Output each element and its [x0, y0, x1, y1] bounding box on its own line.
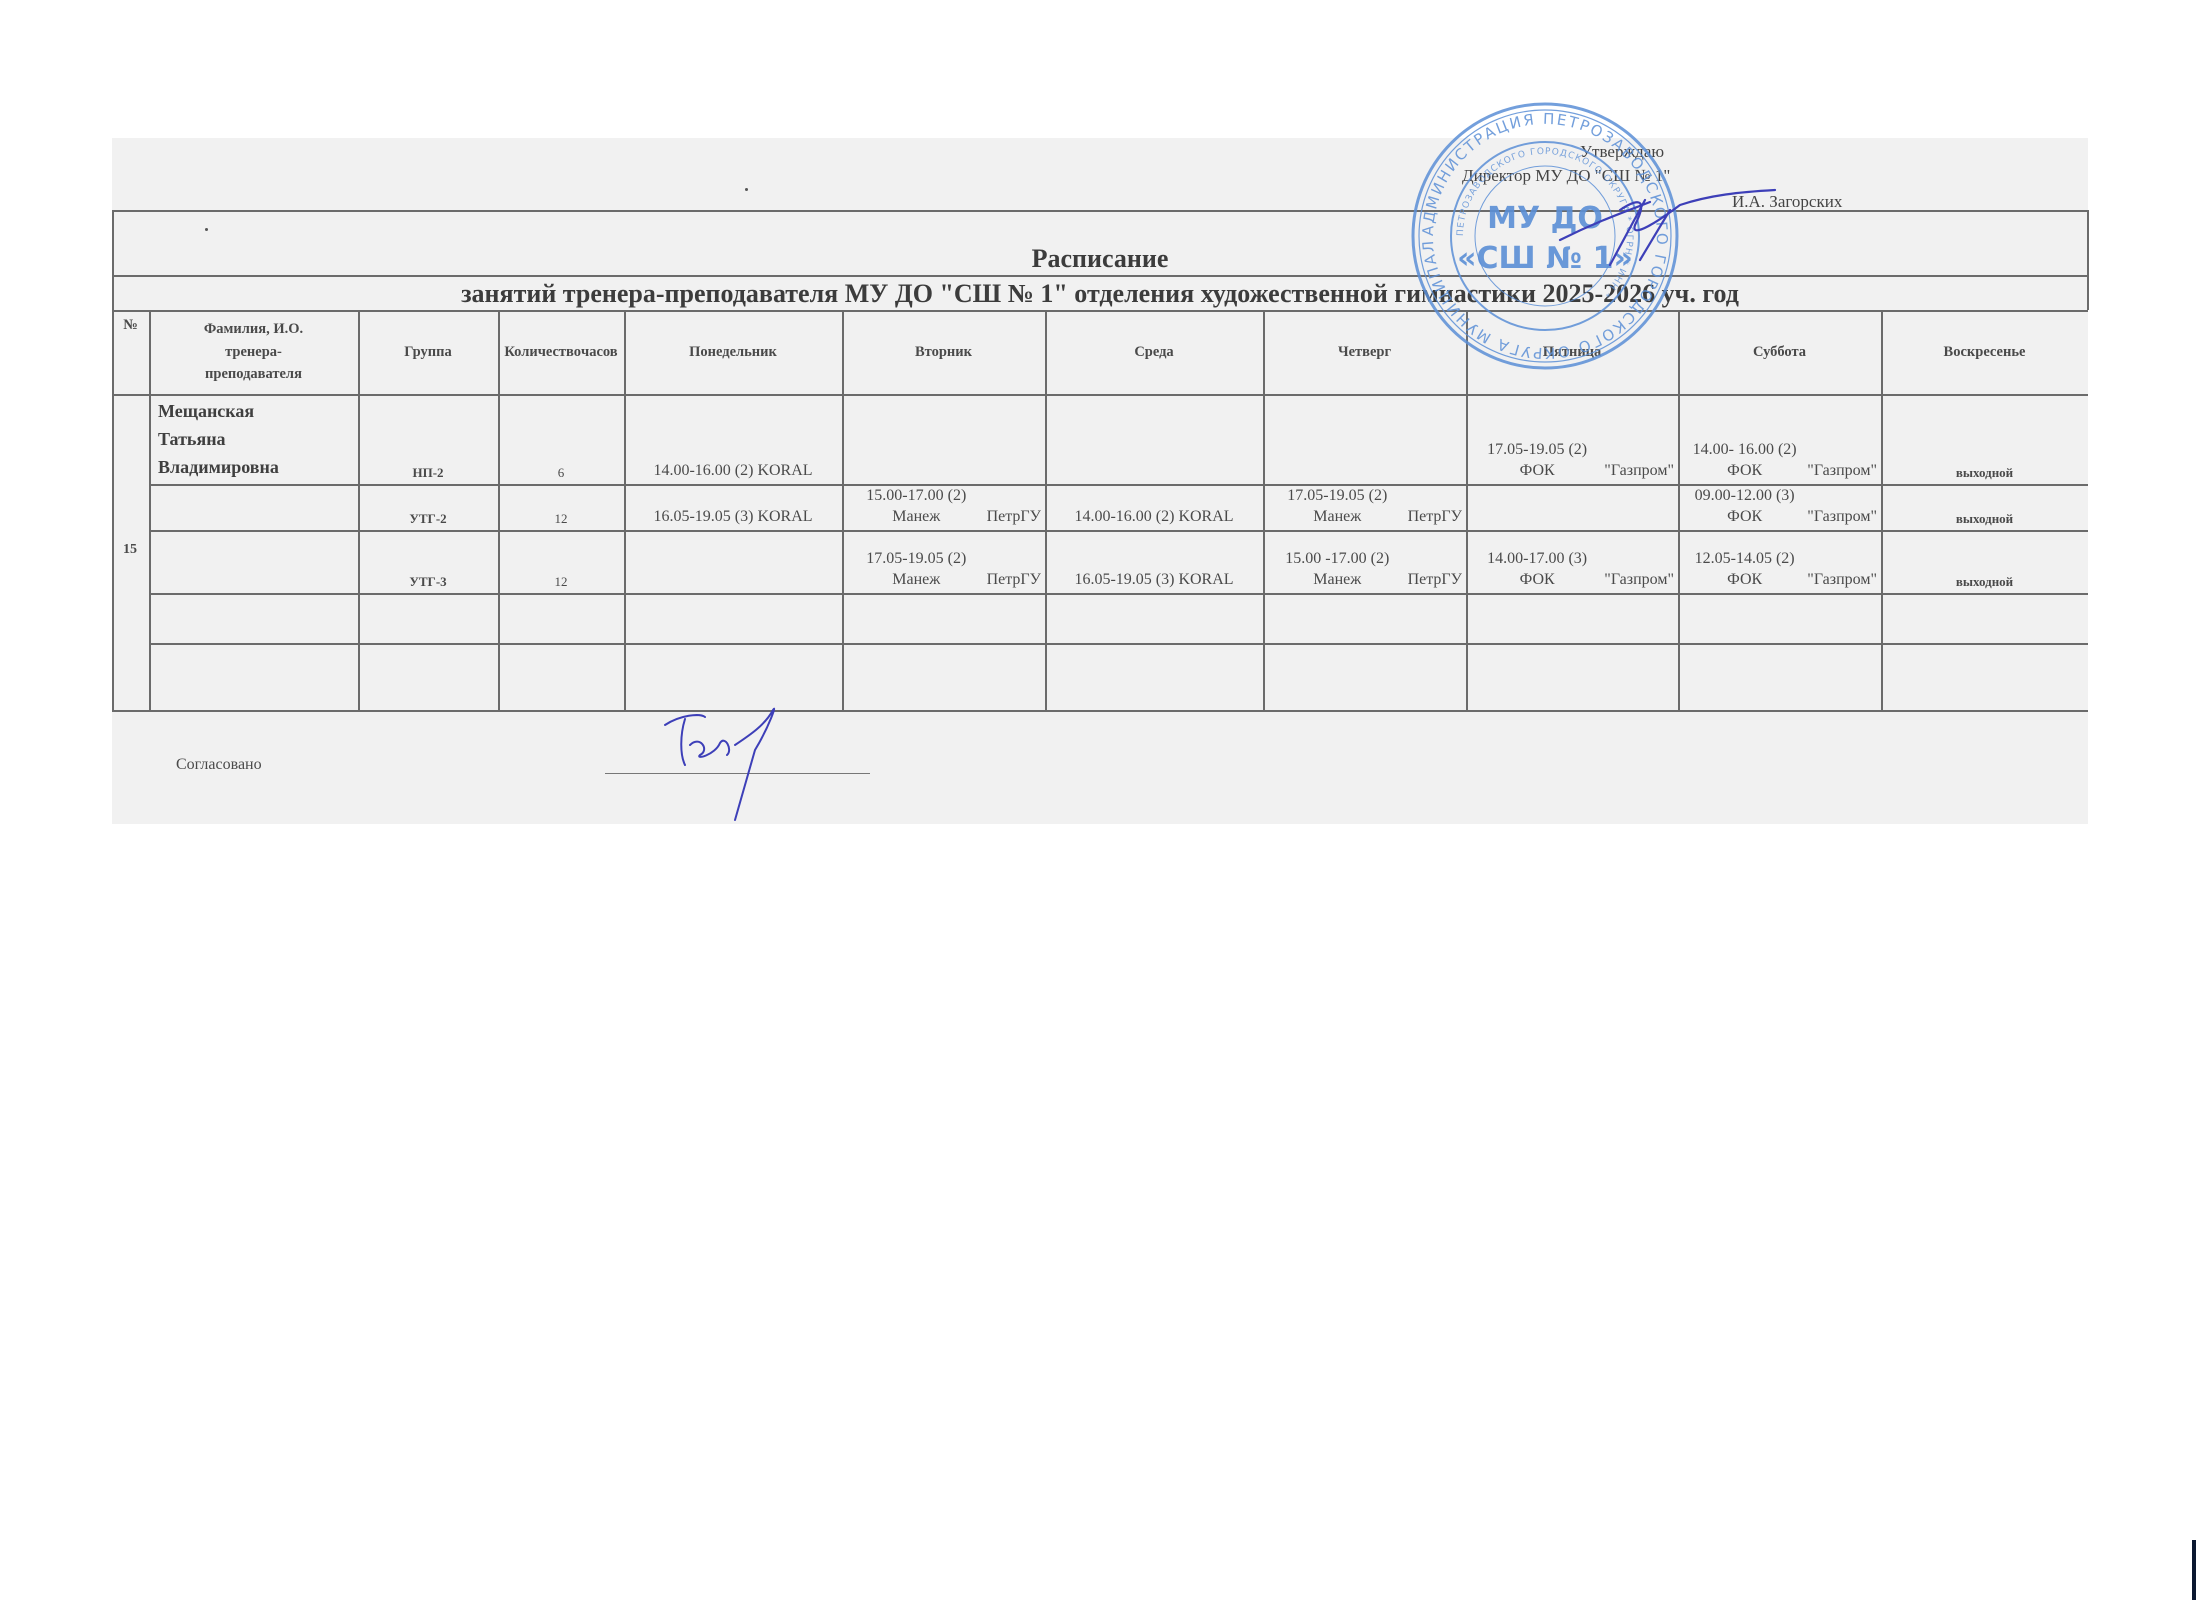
title-divider	[112, 275, 2088, 277]
schedule-cell	[1263, 643, 1466, 710]
header-day-4: Четверг	[1263, 310, 1466, 394]
trainer-first-name: Татьяна	[158, 426, 279, 454]
schedule-cell: 17.05-19.05 (2) МанежПетрГУ	[1263, 484, 1466, 530]
schedule-cell	[1045, 394, 1263, 484]
hours-cell: 12	[498, 484, 624, 530]
schedule-cell: 14.00-16.00 (2) KORAL	[1045, 484, 1263, 530]
row-number: 15	[123, 542, 137, 558]
header-day-5: Пятница	[1466, 310, 1678, 394]
trainer-surname: Мещанская	[158, 398, 279, 426]
hours-cell: 6	[498, 394, 624, 484]
schedule-cell: 09.00-12.00 (3) ФОК"Газпром"	[1678, 484, 1881, 530]
scan-speck	[205, 228, 208, 231]
agreed-label: Согласовано	[176, 756, 262, 774]
schedule-cell	[1466, 643, 1678, 710]
hours-cell	[498, 643, 624, 710]
schedule-cell	[842, 394, 1045, 484]
header-day-7: Воскресенье	[1881, 310, 2088, 394]
group-cell: УТГ-3	[358, 530, 498, 593]
schedule-cell	[1466, 484, 1678, 530]
header-hours: Количествочасов	[498, 310, 624, 394]
schedule-cell	[1881, 643, 2088, 710]
schedule-cell	[1263, 394, 1466, 484]
schedule-cell: 17.05-19.05 (2) МанежПетрГУ	[842, 530, 1045, 593]
schedule-cell: выходной	[1881, 530, 2088, 593]
group-cell: УТГ-2	[358, 484, 498, 530]
trainer-patronymic: Владимировна	[158, 454, 279, 482]
schedule-cell: 16.05-19.05 (3) KORAL	[624, 484, 842, 530]
schedule-cell	[1678, 643, 1881, 710]
schedule-cell: 16.05-19.05 (3) KORAL	[1045, 530, 1263, 593]
scan-speck	[745, 188, 748, 191]
agreed-signature-line	[605, 773, 870, 774]
schedule-cell	[1678, 593, 1881, 643]
table-top-border	[112, 210, 2088, 212]
schedule-cell	[1881, 593, 2088, 643]
header-number: №	[112, 310, 149, 394]
schedule-cell: 15.00 -17.00 (2) МанежПетрГУ	[1263, 530, 1466, 593]
scan-edge-mark	[2192, 1540, 2196, 1600]
header-day-3: Среда	[1045, 310, 1263, 394]
schedule-cell	[624, 643, 842, 710]
header-group: Группа	[358, 310, 498, 394]
schedule-cell	[1045, 593, 1263, 643]
group-cell	[358, 593, 498, 643]
approval-label: Утверждаю	[1580, 142, 1664, 162]
schedule-cell	[1045, 643, 1263, 710]
group-cell: НП-2	[358, 394, 498, 484]
hours-cell: 12	[498, 530, 624, 593]
schedule-cell: 14.00- 16.00 (2) ФОК"Газпром"	[1678, 394, 1881, 484]
hours-cell	[498, 593, 624, 643]
schedule-cell: 12.05-14.05 (2) ФОК"Газпром"	[1678, 530, 1881, 593]
schedule-cell: 14.00-16.00 (2) KORAL	[624, 394, 842, 484]
group-cell	[358, 643, 498, 710]
header-day-1: Понедельник	[624, 310, 842, 394]
schedule-cell	[624, 593, 842, 643]
schedule-cell	[1263, 593, 1466, 643]
schedule-cell: 17.05-19.05 (2) ФОК"Газпром"	[1466, 394, 1678, 484]
document-title: Расписание	[112, 244, 2088, 274]
header-day-2: Вторник	[842, 310, 1045, 394]
schedule-cell: 15.00-17.00 (2) МанежПетрГУ	[842, 484, 1045, 530]
schedule-cell: 14.00-17.00 (3) ФОК"Газпром"	[1466, 530, 1678, 593]
schedule-cell: выходной	[1881, 484, 2088, 530]
document-subtitle: занятий тренера-преподавателя МУ ДО "СШ …	[112, 279, 2088, 309]
schedule-cell	[842, 593, 1045, 643]
header-trainer-name: Фамилия, И.О.тренера-преподавателя	[149, 310, 358, 394]
approval-signatory: И.А. Загорских	[1732, 192, 1842, 212]
schedule-cell	[624, 530, 842, 593]
schedule-cell	[842, 643, 1045, 710]
header-day-6: Суббота	[1678, 310, 1881, 394]
approval-position: Директор МУ ДО "СШ № 1"	[1462, 166, 1670, 186]
table-bottom-border	[112, 710, 2088, 712]
schedule-cell: выходной	[1881, 394, 2088, 484]
trainer-name: Мещанская Татьяна Владимировна	[158, 398, 279, 482]
schedule-cell	[1466, 593, 1678, 643]
